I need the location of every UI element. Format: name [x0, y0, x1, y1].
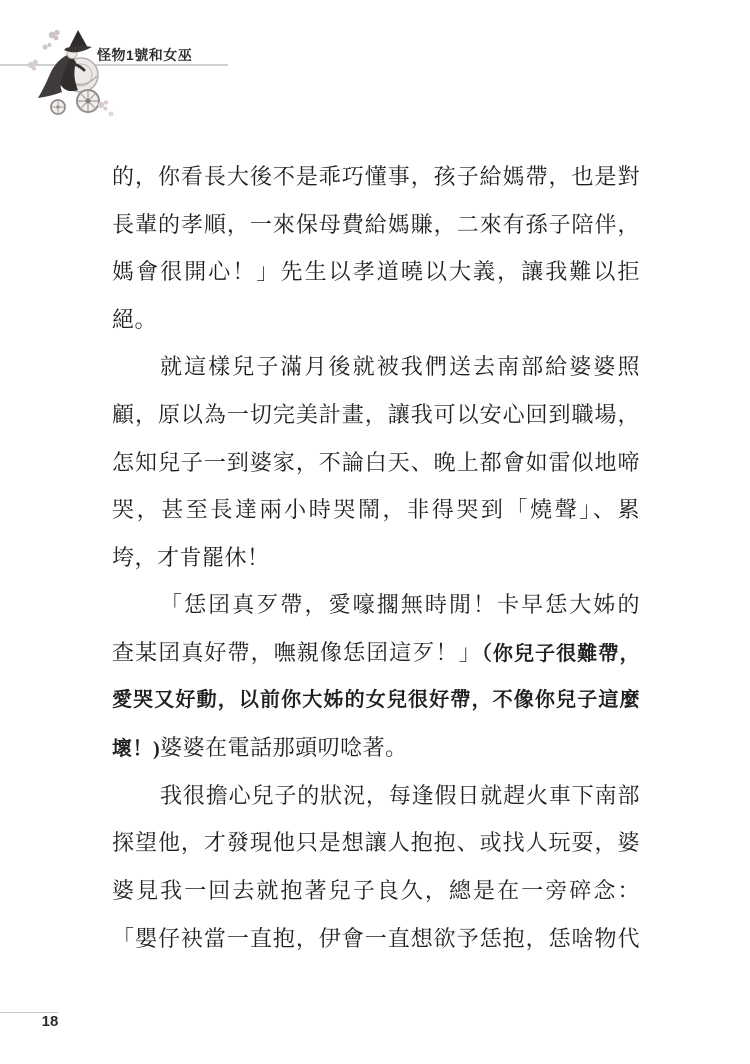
body-line: 怎知兒子一到婆家，不論白天、晚上都會如雷似地啼 [112, 439, 640, 487]
witch-illustration-icon [22, 26, 114, 118]
body-line: 查某囝真好帶，嘸親像恁囝這歹！」（你兒子很難帶， [112, 629, 640, 677]
body-line-text: 查某囝真好帶，嘸親像恁囝這歹！」 [112, 640, 482, 665]
body-line: 「嬰仔袂當一直抱，伊會一直想欲予恁抱，恁啥物代 [112, 915, 640, 963]
body-line: 就這樣兒子滿月後就被我們送去南部給婆婆照 [112, 343, 640, 391]
body-line: 垮，才肯罷休！ [112, 534, 640, 582]
body-line: 哭，甚至長達兩小時哭鬧，非得哭到「燒聲」、累 [112, 486, 640, 534]
translation-note-line: 愛哭又好動，以前你大姊的女兒很好帶，不像你兒子這麼 [112, 677, 640, 725]
book-page: { "header": { "book_title": "怪物1號和女巫", "… [0, 0, 750, 1064]
body-line: 我很擔心兒子的狀況，每逢假日就趕火車下南部 [112, 772, 640, 820]
page-number: 18 [30, 1013, 70, 1030]
body-line: 長輩的孝順，一來保母費給媽賺，二來有孫子陪伴， [112, 201, 640, 249]
book-title: 怪物1號和女巫 [97, 45, 192, 65]
translation-note: 壞！) [112, 738, 160, 760]
body-line: 的，你看長大後不是乖巧懂事，孩子給媽帶，也是對 [112, 153, 640, 201]
body-line: 顧，原以為一切完美計畫，讓我可以安心回到職場， [112, 391, 640, 439]
translation-note: （你兒子很難帶， [482, 643, 640, 665]
body-line: 「恁囝真歹帶，愛嚎擱無時閒！卡早恁大姊的 [112, 581, 640, 629]
body-line: 絕。 [112, 296, 640, 344]
page-body: 的，你看長大後不是乖巧懂事，孩子給媽帶，也是對 長輩的孝順，一來保母費給媽賺，二… [112, 153, 640, 962]
body-line: 探望他，才發現他只是想讓人抱抱、或找人玩耍，婆 [112, 819, 640, 867]
body-line-text: 婆婆在電話那頭叨唸著。 [160, 735, 408, 760]
body-line: 婆見我一回去就抱著兒子良久，總是在一旁碎念： [112, 867, 640, 915]
body-line: 壞！)婆婆在電話那頭叨唸著。 [112, 724, 640, 772]
body-line: 媽會很開心！」先生以孝道曉以大義，讓我難以拒 [112, 248, 640, 296]
